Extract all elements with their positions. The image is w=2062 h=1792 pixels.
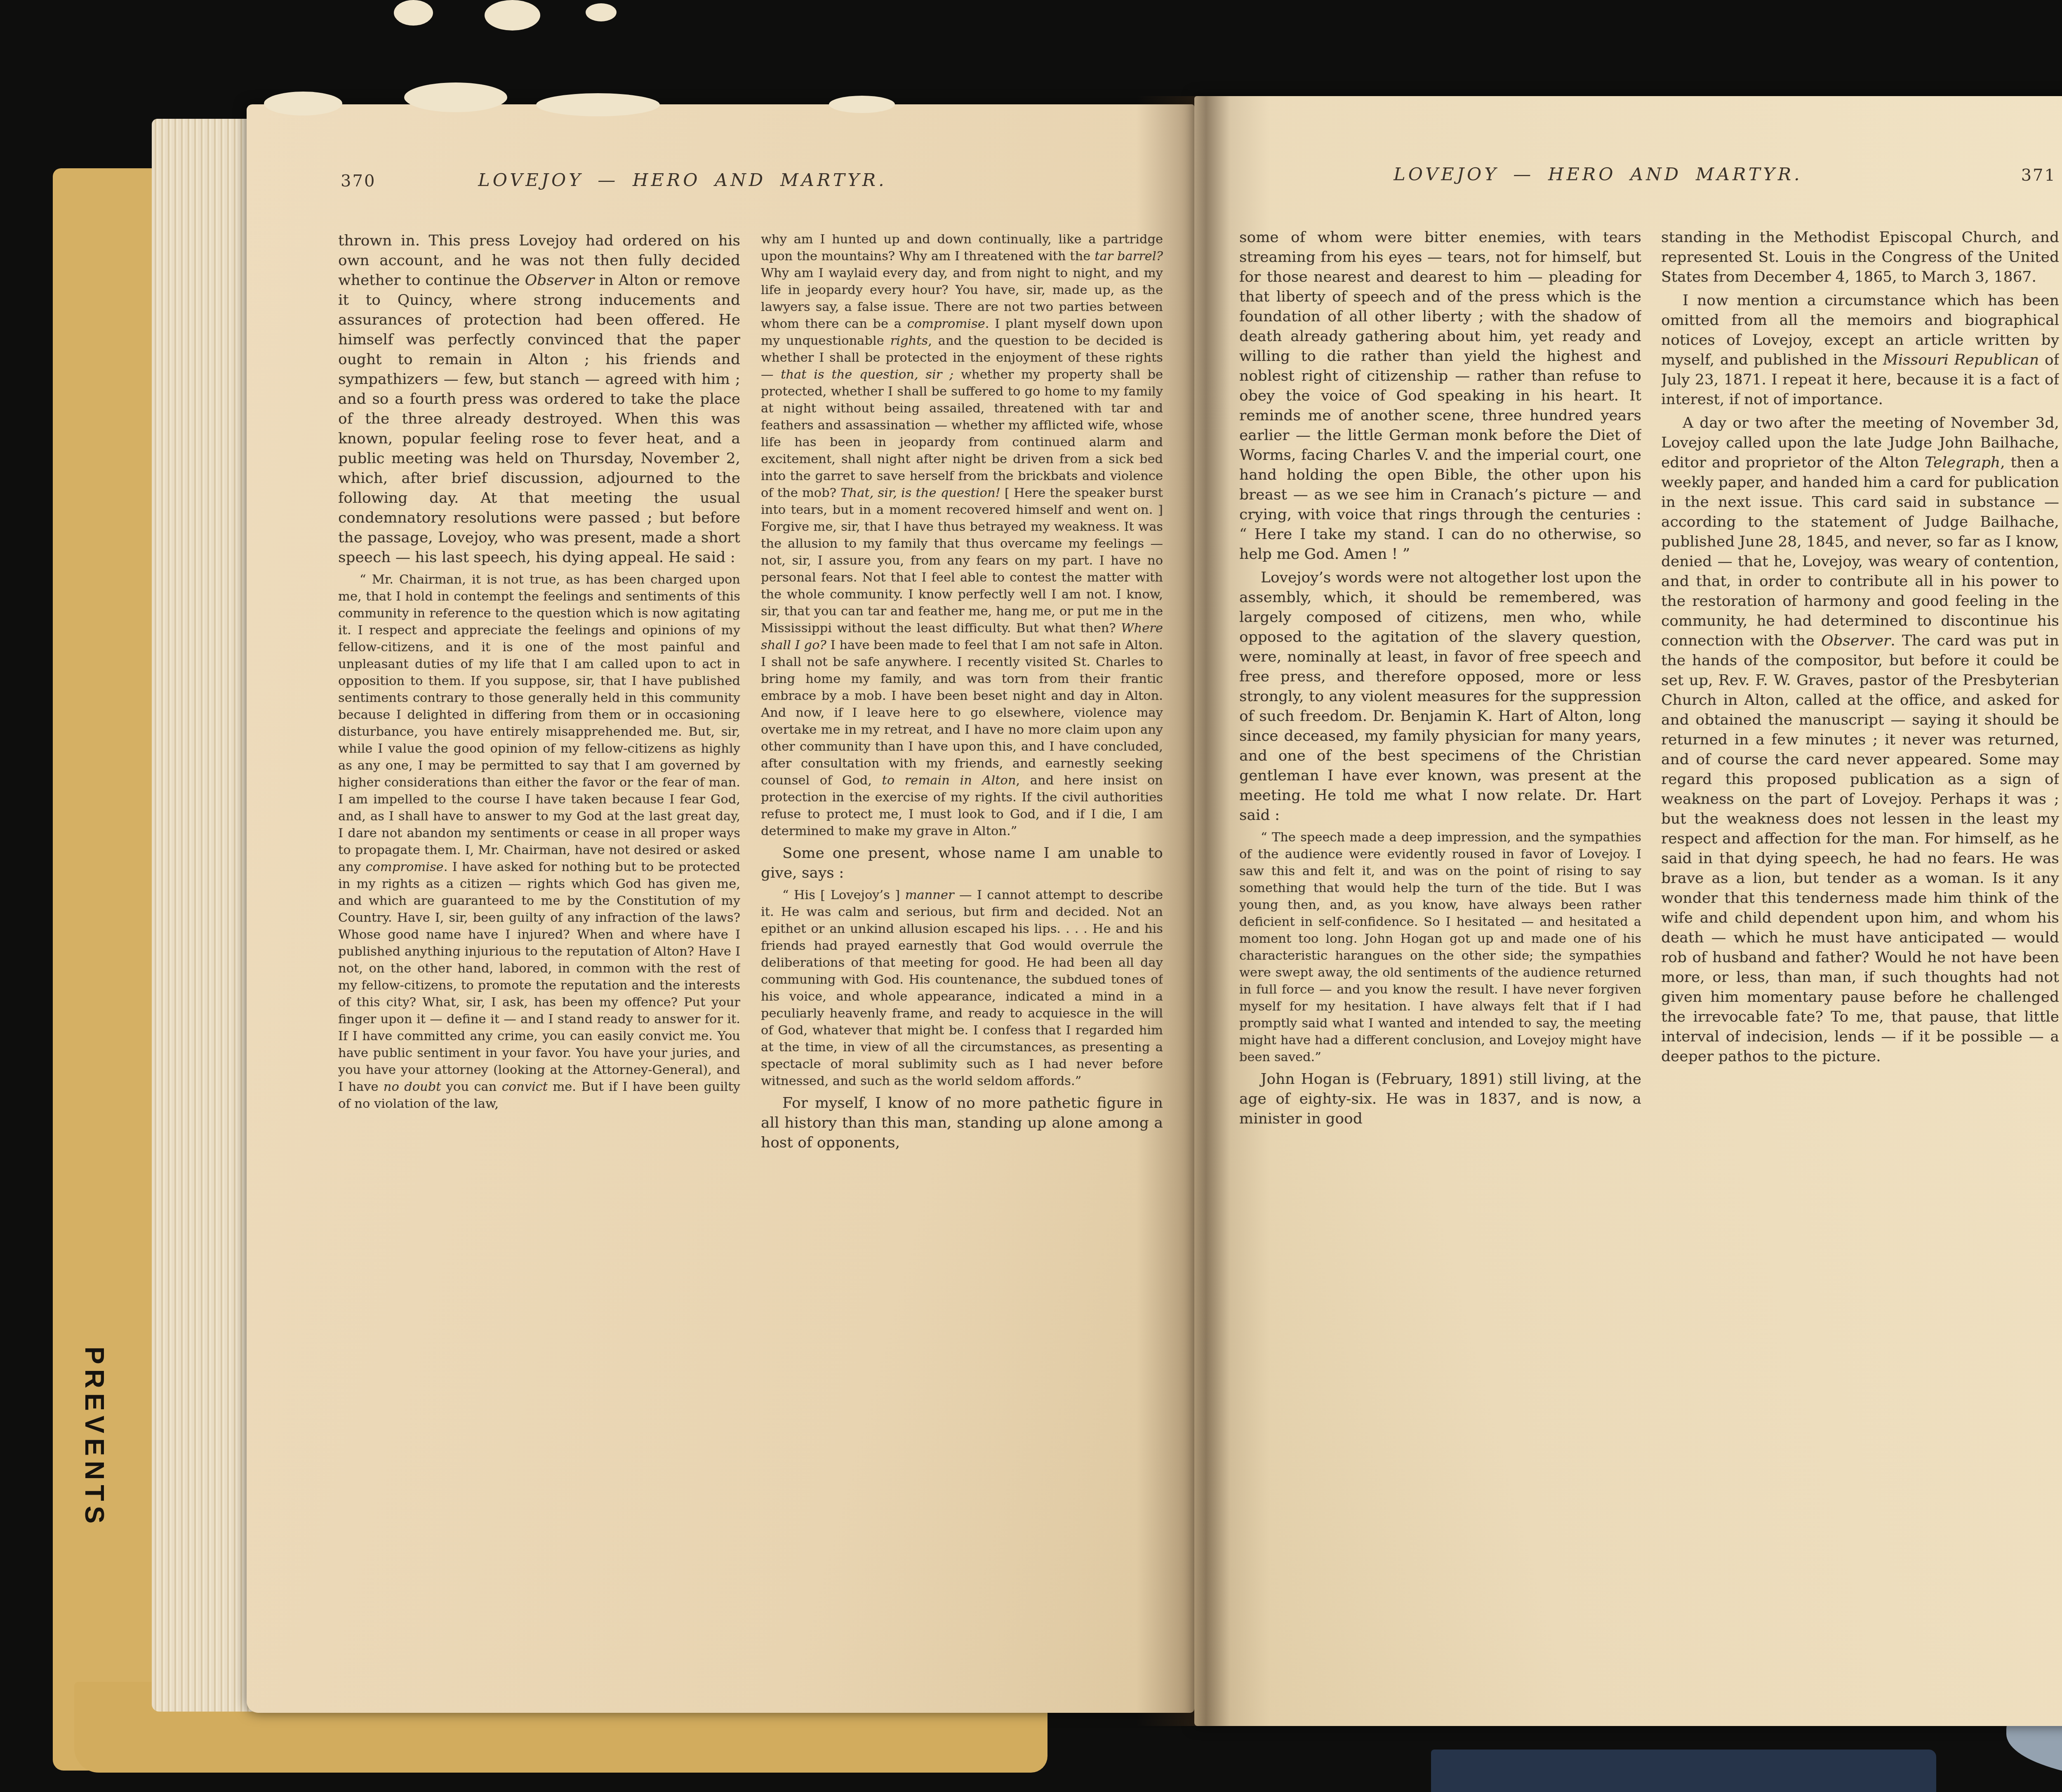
paragraph: A day or two after the meeting of Novemb… — [1661, 413, 2059, 1067]
text-run: John Hogan is (February, 1891) still liv… — [1239, 1071, 1641, 1127]
page-number-right: 371 — [2021, 166, 2056, 185]
photo-of-open-book: { "edge_labels": { "left": "PREVENTS", "… — [0, 0, 2062, 1792]
torn-paper-fuzz — [485, 0, 540, 31]
paragraph: “ His [ Lovejoy’s ] manner — I cannot at… — [761, 887, 1163, 1090]
paragraph: John Hogan is (February, 1891) still liv… — [1239, 1069, 1641, 1129]
running-title-right: LOVEJOY — HERO AND MARTYR. — [1188, 164, 2008, 185]
torn-paper-fuzz — [394, 0, 433, 26]
italic-text-run: tar barrel? — [1095, 249, 1163, 264]
paragraph: why am I hunted up and down continually,… — [761, 231, 1163, 840]
torn-paper-fuzz — [536, 93, 660, 116]
italic-text-run: that is the question, sir ; — [781, 367, 953, 382]
text-run: standing in the Methodist Episcopal Chur… — [1661, 229, 2059, 285]
paragraph: “ Mr. Chairman, it is not true, as has b… — [338, 571, 740, 1112]
italic-text-run: Observer — [1821, 632, 1890, 649]
text-run: . The card was put in the hands of the c… — [1661, 632, 2059, 1065]
text-run: “ His [ Lovejoy’s ] — [782, 888, 905, 902]
torn-paper-fuzz — [404, 82, 507, 112]
text-run: you can — [441, 1080, 501, 1094]
paragraph: I now mention a circumstance which has b… — [1661, 291, 2059, 410]
text-run: — I cannot attempt to describe it. He wa… — [761, 888, 1163, 1088]
italic-text-run: Observer — [525, 272, 594, 289]
paragraph: some of whom were bitter enemies, with t… — [1239, 228, 1641, 564]
text-run: Some one present, whose name I am unable… — [761, 845, 1163, 881]
paragraph: standing in the Methodist Episcopal Chur… — [1661, 228, 2059, 287]
text-column-370-right: why am I hunted up and down continually,… — [761, 231, 1163, 1575]
left-page-header: 370 LOVEJOY — HERO AND MARTYR. — [338, 167, 1163, 198]
text-run: “ The speech made a deep impression, and… — [1239, 830, 1641, 1064]
text-run: whether my property shall be protected, … — [761, 367, 1163, 500]
paragraph: Some one present, whose name I am unable… — [761, 843, 1163, 883]
text-column-370-left: thrown in. This press Lovejoy had ordere… — [338, 231, 740, 1575]
italic-text-run: rights — [890, 334, 928, 348]
right-page-header: LOVEJOY — HERO AND MARTYR. 371 — [1237, 162, 2058, 192]
italic-text-run: manner — [905, 888, 954, 902]
italic-text-run: That, sir, is the question! — [840, 486, 1000, 500]
text-run: , then a weekly paper, and handed him a … — [1661, 454, 2059, 649]
torn-paper-fuzz — [829, 96, 895, 113]
italic-text-run: compromise — [365, 860, 443, 874]
italic-text-run: to remain in Alton — [882, 773, 1016, 788]
italic-text-run: convict — [502, 1080, 548, 1094]
text-run: . I have asked for nothing but to be pro… — [338, 860, 740, 1094]
left-page-edge-stack — [152, 119, 260, 1712]
torn-paper-fuzz — [586, 3, 617, 21]
text-run: “ Mr. Chairman, it is not true, as has b… — [338, 572, 740, 874]
text-column-371-right: standing in the Methodist Episcopal Chur… — [1661, 228, 2059, 1688]
paragraph: For myself, I know of no more pathetic f… — [761, 1093, 1163, 1153]
paragraph: “ The speech made a deep impression, and… — [1239, 829, 1641, 1066]
torn-paper-fuzz — [264, 92, 342, 115]
italic-text-run: Telegraph — [1925, 454, 2000, 471]
text-run: [ Here the speaker burst into tears, but… — [761, 486, 1163, 636]
italic-text-run: compromise — [907, 317, 985, 331]
text-run: in Alton or remove it to Quincy, where s… — [338, 272, 740, 566]
text-run: For myself, I know of no more pathetic f… — [761, 1095, 1163, 1151]
book-cloth-spine-strip — [1431, 1750, 1936, 1792]
text-run: some of whom were bitter enemies, with t… — [1239, 229, 1641, 563]
italic-text-run: Missouri Republican — [1883, 351, 2039, 368]
paragraph: Lovejoy’s words were not altogether lost… — [1239, 568, 1641, 825]
text-column-371-left: some of whom were bitter enemies, with t… — [1239, 228, 1641, 1514]
paragraph: thrown in. This press Lovejoy had ordere… — [338, 231, 740, 568]
cover-stencil-text-left: PREVENTS — [79, 1347, 110, 1528]
running-title-left: LOVEJOY — HERO AND MARTYR. — [270, 170, 1095, 191]
text-run: I have been made to feel that I am not s… — [761, 638, 1163, 788]
text-run: Lovejoy’s words were not altogether lost… — [1239, 569, 1641, 824]
italic-text-run: no doubt — [384, 1080, 441, 1094]
